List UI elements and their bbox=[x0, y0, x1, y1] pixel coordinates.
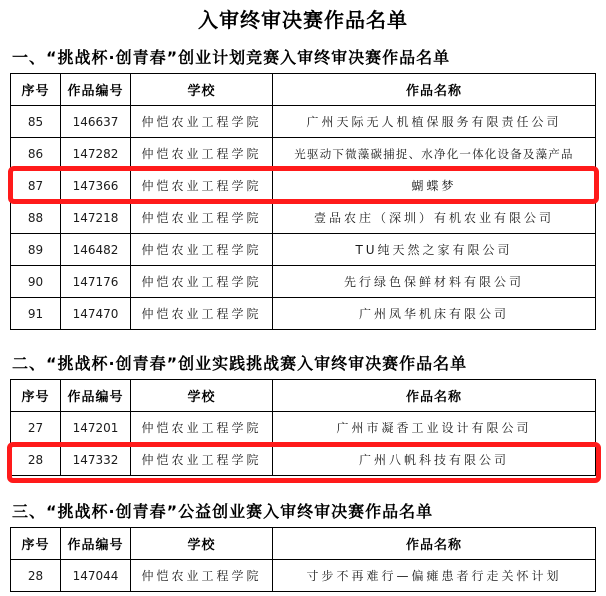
column-header-school: 学校 bbox=[131, 74, 273, 106]
section-heading-1: 一、“挑战杯·创青春”创业计划竞赛入审终审决赛作品名单 bbox=[12, 48, 450, 68]
column-header-work: 作品名称 bbox=[273, 74, 596, 106]
column-header-school: 学校 bbox=[131, 528, 273, 560]
column-header-no: 序号 bbox=[11, 380, 61, 412]
cell-school: 仲恺农业工程学院 bbox=[131, 560, 273, 592]
cell-code: 147218 bbox=[61, 202, 131, 234]
table-row: 88 147218 仲恺农业工程学院 壹品农庄（深圳）有机农业有限公司 bbox=[11, 202, 596, 234]
table-row: 85 146637 仲恺农业工程学院 广州天际无人机植保服务有限责任公司 bbox=[11, 106, 596, 138]
cell-work: 广州市凝香工业设计有限公司 bbox=[273, 412, 596, 444]
table-header-row: 序号 作品编号 学校 作品名称 bbox=[11, 74, 596, 106]
cell-no: 88 bbox=[11, 202, 61, 234]
column-header-code: 作品编号 bbox=[61, 380, 131, 412]
cell-school: 仲恺农业工程学院 bbox=[131, 170, 273, 202]
cell-school: 仲恺农业工程学院 bbox=[131, 202, 273, 234]
cell-work: 广州天际无人机植保服务有限责任公司 bbox=[273, 106, 596, 138]
cell-no: 89 bbox=[11, 234, 61, 266]
table-header-row: 序号 作品编号 学校 作品名称 bbox=[11, 528, 596, 560]
column-header-work: 作品名称 bbox=[273, 380, 596, 412]
table-section-3: 序号 作品编号 学校 作品名称 28 147044 仲恺农业工程学院 寸步不再难… bbox=[10, 527, 596, 592]
cell-school: 仲恺农业工程学院 bbox=[131, 266, 273, 298]
cell-school: 仲恺农业工程学院 bbox=[131, 106, 273, 138]
section-heading-2: 二、“挑战杯·创青春”创业实践挑战赛入审终审决赛作品名单 bbox=[12, 354, 467, 374]
cell-code: 147201 bbox=[61, 412, 131, 444]
table-row: 89 146482 仲恺农业工程学院 TU纯天然之家有限公司 bbox=[11, 234, 596, 266]
cell-code: 147470 bbox=[61, 298, 131, 330]
table-section-2: 序号 作品编号 学校 作品名称 27 147201 仲恺农业工程学院 广州市凝香… bbox=[10, 379, 596, 476]
column-header-school: 学校 bbox=[131, 380, 273, 412]
table-row: 86 147282 仲恺农业工程学院 光驱动下微藻碳捕捉、水净化一体化设备及藻产… bbox=[11, 138, 596, 170]
cell-work: 壹品农庄（深圳）有机农业有限公司 bbox=[273, 202, 596, 234]
table-row: 27 147201 仲恺农业工程学院 广州市凝香工业设计有限公司 bbox=[11, 412, 596, 444]
cell-no: 87 bbox=[11, 170, 61, 202]
column-header-work: 作品名称 bbox=[273, 528, 596, 560]
cell-no: 27 bbox=[11, 412, 61, 444]
cell-code: 147282 bbox=[61, 138, 131, 170]
cell-code: 147366 bbox=[61, 170, 131, 202]
table-header-row: 序号 作品编号 学校 作品名称 bbox=[11, 380, 596, 412]
cell-work: 寸步不再难行—偏瘫患者行走关怀计划 bbox=[273, 560, 596, 592]
column-header-no: 序号 bbox=[11, 74, 61, 106]
cell-no: 86 bbox=[11, 138, 61, 170]
cell-school: 仲恺农业工程学院 bbox=[131, 444, 273, 476]
cell-work: 广州凤华机床有限公司 bbox=[273, 298, 596, 330]
table-row: 28 147044 仲恺农业工程学院 寸步不再难行—偏瘫患者行走关怀计划 bbox=[11, 560, 596, 592]
column-header-no: 序号 bbox=[11, 528, 61, 560]
cell-work: 光驱动下微藻碳捕捉、水净化一体化设备及藻产品 bbox=[273, 138, 596, 170]
cell-code: 147044 bbox=[61, 560, 131, 592]
column-header-code: 作品编号 bbox=[61, 528, 131, 560]
cell-school: 仲恺农业工程学院 bbox=[131, 234, 273, 266]
cell-no: 85 bbox=[11, 106, 61, 138]
table-row: 91 147470 仲恺农业工程学院 广州凤华机床有限公司 bbox=[11, 298, 596, 330]
cell-work: TU纯天然之家有限公司 bbox=[273, 234, 596, 266]
cell-school: 仲恺农业工程学院 bbox=[131, 412, 273, 444]
table-row: 90 147176 仲恺农业工程学院 先行绿色保鲜材料有限公司 bbox=[11, 266, 596, 298]
cell-no: 28 bbox=[11, 444, 61, 476]
cell-work: 先行绿色保鲜材料有限公司 bbox=[273, 266, 596, 298]
table-row-highlighted: 28 147332 仲恺农业工程学院 广州八帆科技有限公司 bbox=[11, 444, 596, 476]
cell-school: 仲恺农业工程学院 bbox=[131, 138, 273, 170]
cell-work: 广州八帆科技有限公司 bbox=[273, 444, 596, 476]
cell-code: 147176 bbox=[61, 266, 131, 298]
cell-no: 28 bbox=[11, 560, 61, 592]
table-row-highlighted: 87 147366 仲恺农业工程学院 蝴蝶梦 bbox=[11, 170, 596, 202]
table-section-1: 序号 作品编号 学校 作品名称 85 146637 仲恺农业工程学院 广州天际无… bbox=[10, 73, 596, 330]
column-header-code: 作品编号 bbox=[61, 74, 131, 106]
cell-code: 147332 bbox=[61, 444, 131, 476]
cell-code: 146482 bbox=[61, 234, 131, 266]
cell-no: 91 bbox=[11, 298, 61, 330]
cell-no: 90 bbox=[11, 266, 61, 298]
page-title: 入审终审决赛作品名单 bbox=[0, 8, 606, 32]
cell-school: 仲恺农业工程学院 bbox=[131, 298, 273, 330]
section-heading-3: 三、“挑战杯·创青春”公益创业赛入审终审决赛作品名单 bbox=[12, 502, 433, 522]
cell-work: 蝴蝶梦 bbox=[273, 170, 596, 202]
cell-code: 146637 bbox=[61, 106, 131, 138]
